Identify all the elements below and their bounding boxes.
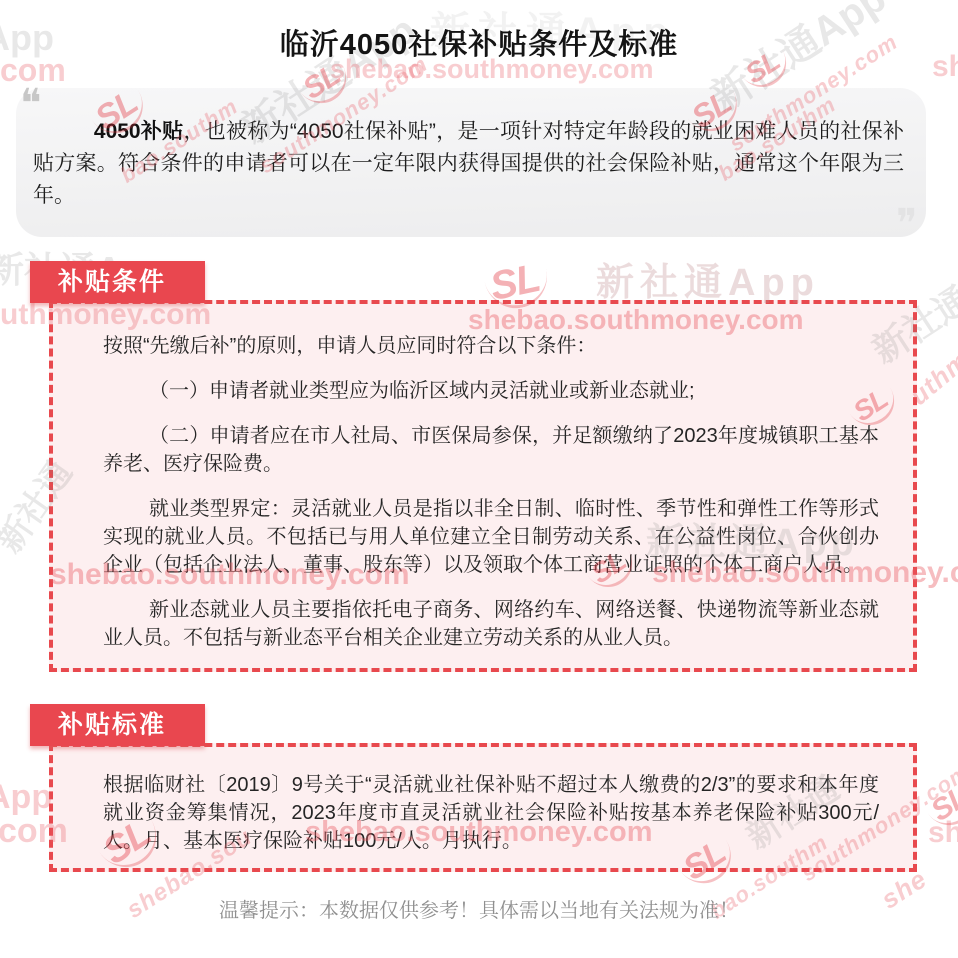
standards-panel: 根据临财社〔2019〕9号关于“灵活就业社保补贴不超过本人缴费的2/3”的要求和… <box>49 743 917 872</box>
paragraph: （一）申请者就业类型应为临沂区域内灵活就业或新业态就业; <box>103 377 879 405</box>
paragraph: 按照“先缴后补”的原则，申请人员应同时符合以下条件： <box>103 332 879 360</box>
watermark-fragment: App <box>0 780 52 814</box>
watermark-brand: 新社通App <box>596 264 820 302</box>
article-page: App com 新社通App 新社通App southmoney.com SL … <box>0 0 958 958</box>
sl-swoosh-icon: SL <box>922 777 958 835</box>
paragraph: 就业类型界定：灵活就业人员是指以非全日制、临时性、季节性和弹性工作等形式实现的就… <box>103 495 879 579</box>
paragraph: 新业态就业人员主要指依托电子商务、网络约车、网络送餐、快递物流等新业态就业人员。… <box>103 596 879 652</box>
footer-tip: 温馨提示：本数据仅供参考！具体需以当地有关法规为准！ <box>0 894 958 923</box>
summary-text: 4050补贴，也被称为“4050社保补贴”，是一项针对特定年龄段的就业困难人员的… <box>33 116 904 212</box>
conditions-panel: 按照“先缴后补”的原则，申请人员应同时符合以下条件： （一）申请者就业类型应为临… <box>49 300 917 672</box>
watermark-fragment: sh <box>928 818 958 848</box>
quote-close-icon: ❞ <box>896 204 918 244</box>
section-badge-standards: 补贴标准 <box>30 704 205 746</box>
summary-lead: 4050补贴 <box>94 120 184 143</box>
page-title: 临沂4050社保补贴条件及标准 <box>0 22 958 63</box>
summary-panel: 4050补贴，也被称为“4050社保补贴”，是一项针对特定年龄段的就业困难人员的… <box>16 88 926 237</box>
paragraph: 根据临财社〔2019〕9号关于“灵活就业社保补贴不超过本人缴费的2/3”的要求和… <box>103 771 879 855</box>
quote-open-icon: ❝ <box>20 84 42 124</box>
section-badge-conditions: 补贴条件 <box>30 261 205 303</box>
paragraph: （二）申请者应在市人社局、市医保局参保，并足额缴纳了2023年度城镇职工基本养老… <box>103 422 879 478</box>
